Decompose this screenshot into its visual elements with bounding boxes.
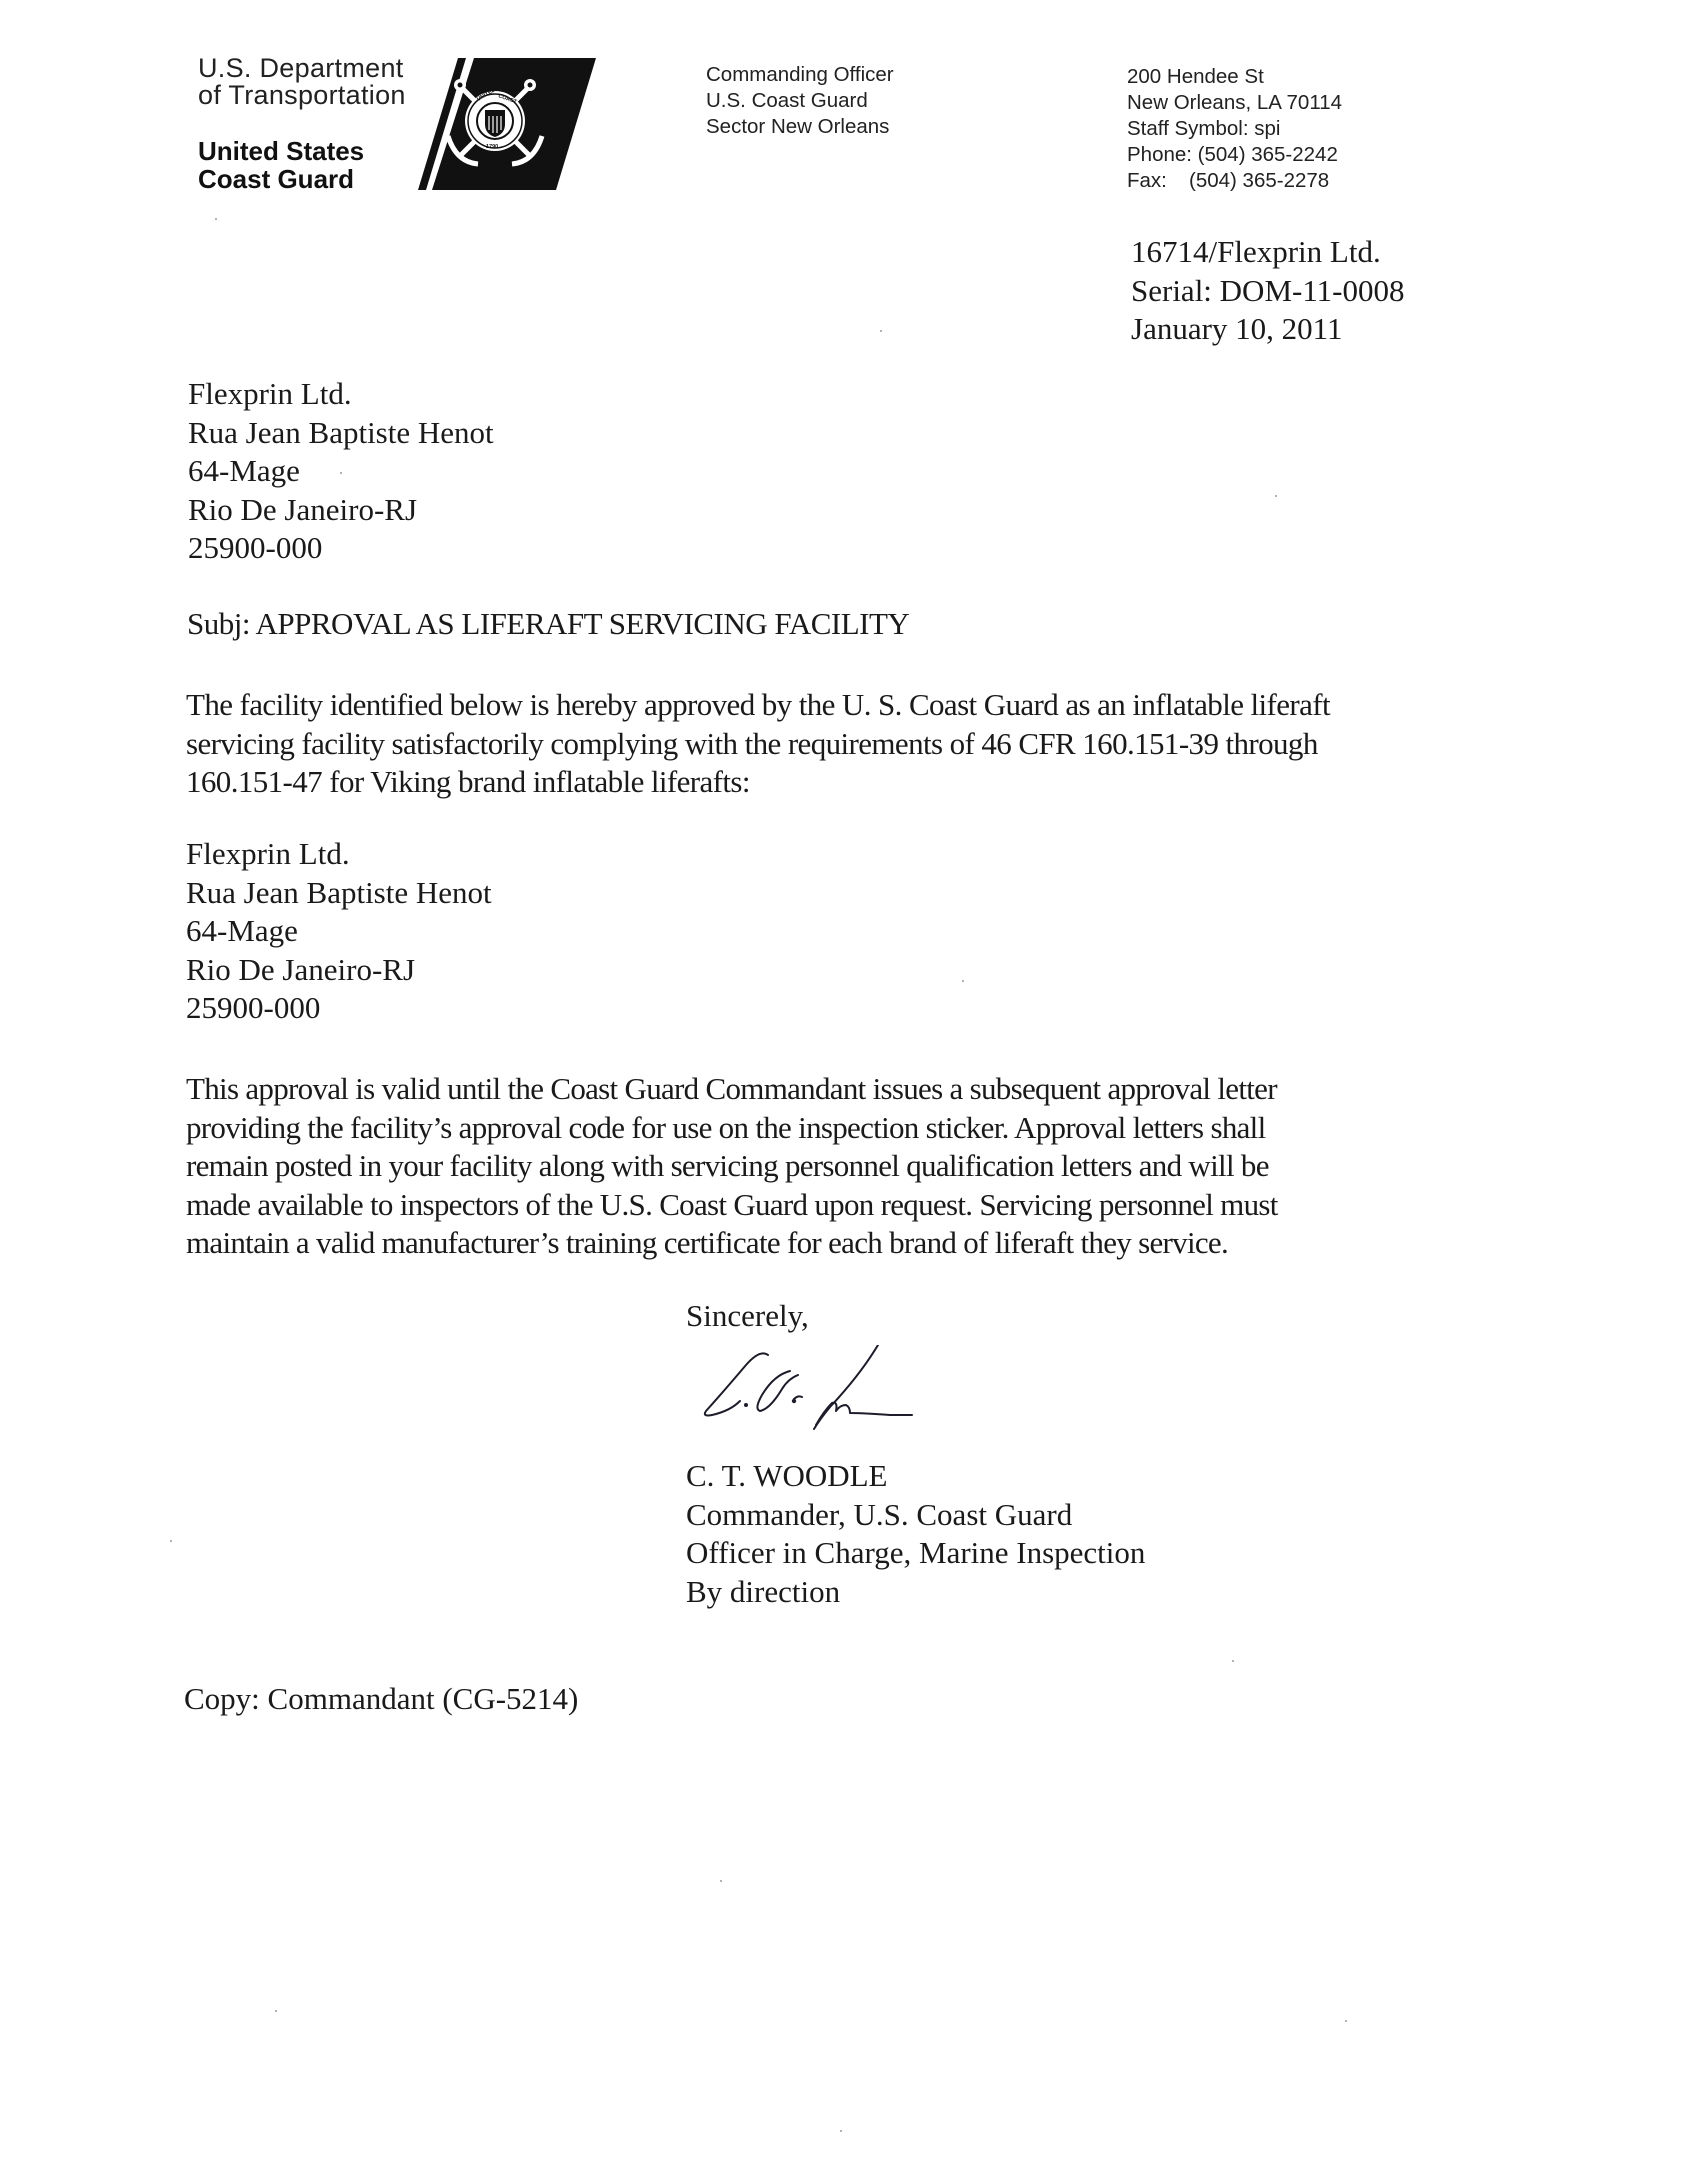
paragraph-line: servicing facility satisfactorily comply… bbox=[186, 725, 1516, 764]
agency-line-2: Coast Guard bbox=[198, 165, 364, 193]
recipient-line: Flexprin Ltd. bbox=[188, 375, 494, 414]
serial-number: Serial: DOM-11-0008 bbox=[1131, 272, 1405, 311]
facility-line: Rio De Janeiro-RJ bbox=[186, 951, 492, 990]
scan-speck bbox=[720, 1880, 722, 1882]
facility-line: 64-Mage bbox=[186, 912, 492, 951]
paragraph-line: This approval is valid until the Coast G… bbox=[186, 1070, 1516, 1109]
fax-line: Fax:(504) 365-2278 bbox=[1127, 168, 1342, 194]
signer-name: C. T. WOODLE bbox=[686, 1457, 1145, 1496]
scan-speck bbox=[840, 2130, 842, 2132]
facility-line: Rua Jean Baptiste Henot bbox=[186, 874, 492, 913]
validity-paragraph: This approval is valid until the Coast G… bbox=[186, 1070, 1516, 1263]
scan-speck bbox=[1345, 2020, 1347, 2022]
staff-symbol: Staff Symbol: spi bbox=[1127, 116, 1342, 142]
closing-salutation: Sincerely, bbox=[686, 1297, 809, 1336]
coast-guard-emblem-icon: UNITED COAST 1790 bbox=[418, 58, 596, 190]
signer-title: Officer in Charge, Marine Inspection bbox=[686, 1534, 1145, 1573]
paragraph-line: 160.151-47 for Viking brand inflatable l… bbox=[186, 763, 1516, 802]
sender-unit: Commanding Officer U.S. Coast Guard Sect… bbox=[706, 62, 894, 140]
svg-text:1790: 1790 bbox=[486, 144, 498, 150]
subject-line: Subj: APPROVAL AS LIFERAFT SERVICING FAC… bbox=[187, 605, 909, 644]
approval-paragraph: The facility identified below is hereby … bbox=[186, 686, 1516, 802]
department-line-2: of Transportation bbox=[198, 82, 406, 109]
phone-number: Phone: (504) 365-2242 bbox=[1127, 142, 1342, 168]
recipient-line: Rio De Janeiro-RJ bbox=[188, 491, 494, 530]
sender-address: 200 Hendee St New Orleans, LA 70114 Staf… bbox=[1127, 64, 1342, 194]
scan-speck bbox=[1275, 495, 1277, 497]
facility-line: 25900-000 bbox=[186, 989, 492, 1028]
signer-title: By direction bbox=[686, 1573, 1145, 1612]
sender-unit-line: Sector New Orleans bbox=[706, 114, 894, 140]
agency-line-1: United States bbox=[198, 137, 364, 165]
facility-address: Flexprin Ltd. Rua Jean Baptiste Henot 64… bbox=[186, 835, 492, 1028]
signer-block: C. T. WOODLE Commander, U.S. Coast Guard… bbox=[686, 1457, 1145, 1611]
recipient-line: 25900-000 bbox=[188, 529, 494, 568]
sender-unit-line: Commanding Officer bbox=[706, 62, 894, 88]
fax-label: Fax: bbox=[1127, 168, 1189, 194]
department-name: U.S. Department of Transportation bbox=[198, 55, 406, 109]
paragraph-line: remain posted in your facility along wit… bbox=[186, 1147, 1516, 1186]
sender-unit-line: U.S. Coast Guard bbox=[706, 88, 894, 114]
letter-date: January 10, 2011 bbox=[1131, 310, 1405, 349]
scan-speck bbox=[962, 980, 964, 982]
scan-speck bbox=[215, 218, 217, 220]
facility-line: Flexprin Ltd. bbox=[186, 835, 492, 874]
paragraph-line: providing the facility’s approval code f… bbox=[186, 1109, 1516, 1148]
department-line-1: U.S. Department bbox=[198, 55, 406, 82]
paragraph-line: made available to inspectors of the U.S.… bbox=[186, 1186, 1516, 1225]
scan-speck bbox=[170, 1540, 172, 1542]
scan-speck bbox=[275, 2010, 277, 2012]
handwritten-signature-icon bbox=[690, 1345, 920, 1450]
fax-number: (504) 365-2278 bbox=[1189, 169, 1329, 192]
recipient-line: Rua Jean Baptiste Henot bbox=[188, 414, 494, 453]
scan-speck bbox=[340, 472, 342, 474]
file-number: 16714/Flexprin Ltd. bbox=[1131, 233, 1405, 272]
scan-speck bbox=[880, 330, 882, 332]
agency-name: United States Coast Guard bbox=[198, 137, 364, 193]
scan-speck bbox=[1232, 1660, 1234, 1662]
sender-street: 200 Hendee St bbox=[1127, 64, 1342, 90]
paragraph-line: maintain a valid manufacturer’s training… bbox=[186, 1224, 1516, 1263]
reference-block: 16714/Flexprin Ltd. Serial: DOM-11-0008 … bbox=[1131, 233, 1405, 349]
signer-title: Commander, U.S. Coast Guard bbox=[686, 1496, 1145, 1535]
sender-city-state-zip: New Orleans, LA 70114 bbox=[1127, 90, 1342, 116]
copy-distribution: Copy: Commandant (CG-5214) bbox=[184, 1680, 578, 1719]
paragraph-line: The facility identified below is hereby … bbox=[186, 686, 1516, 725]
